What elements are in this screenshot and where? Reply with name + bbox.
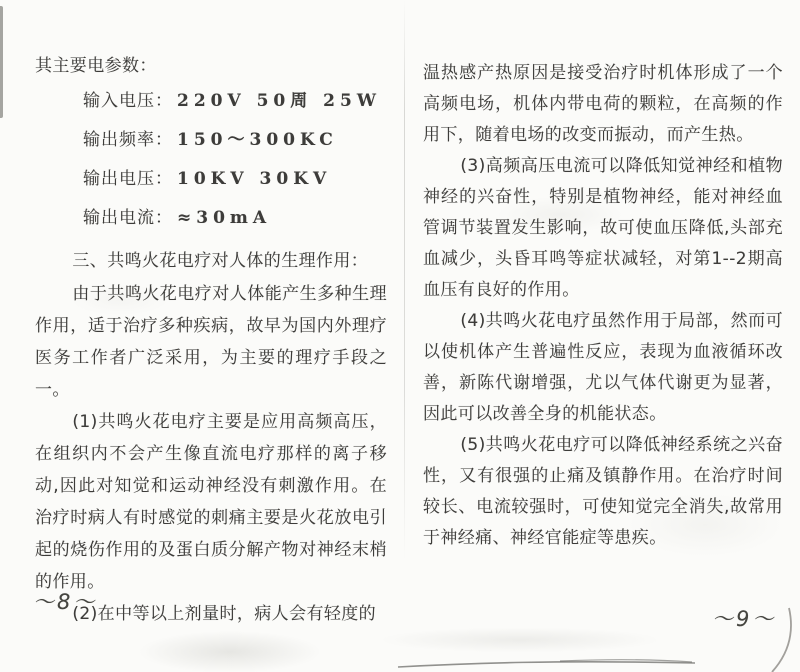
page-number-right: ～9～ xyxy=(712,603,776,633)
param-row-output-frequency: 输出频率：150～300KC xyxy=(83,121,387,160)
left-page: 其主要电参数： 输入电压：220V 50周 25W 输出频率：150～300KC… xyxy=(35,50,387,630)
right-page: 温热感产热原因是接受治疗时机体形成了一个高频电场，机体内带电荷的颗粒，在高频的作… xyxy=(423,58,783,554)
paragraph: (4)共鸣火花电疗虽然作用于局部，然而可以使机体产生普遍性反应，表现为血液循环改… xyxy=(423,306,783,430)
paragraph: 由于共鸣火花电疗对人体能产生多种生理作用，适于治疗多种疾病，故早为国内外理疗医务… xyxy=(35,278,387,406)
page-number-left: ～8～ xyxy=(33,586,97,616)
param-value: 10KV 30KV xyxy=(177,169,331,189)
paragraph: (5)共鸣火花电疗可以降低神经系统之兴奋性，又有很强的止痛及镇静作用。在治疗时间… xyxy=(423,430,783,554)
paragraph: (3)高频高压电流可以降低知觉神经和植物神经的兴奋性，特别是植物神经，能对神经血… xyxy=(423,151,783,306)
params-header: 其主要电参数： xyxy=(35,50,387,82)
param-value: 220V 50周 25W xyxy=(177,91,381,111)
param-row-output-current: 输出电流：≈30mA xyxy=(83,199,387,238)
book-gutter-shadow xyxy=(404,0,405,560)
param-label: 输入电压： xyxy=(83,91,173,111)
scan-edge-artifact xyxy=(0,6,3,118)
page-bottom-edge-line-2 xyxy=(560,660,692,662)
paragraph: (1)共鸣火花电疗主要是应用高频高压，在组织内不会产生像直流电疗那样的离子移动,… xyxy=(35,406,387,598)
section-heading: 三、共鸣火花电疗对人体的生理作用： xyxy=(35,244,387,278)
param-value: 150～300KC xyxy=(177,130,338,150)
electrical-params-block: 其主要电参数： 输入电压：220V 50周 25W 输出频率：150～300KC… xyxy=(35,50,387,238)
param-value: ≈30mA xyxy=(177,208,271,228)
param-label: 输出电流： xyxy=(83,208,173,228)
paragraph: 温热感产热原因是接受治疗时机体形成了一个高频电场，机体内带电荷的颗粒，在高频的作… xyxy=(423,58,783,151)
page-bottom-edge-line xyxy=(398,662,695,667)
param-row-output-voltage: 输出电压：10KV 30KV xyxy=(83,160,387,199)
param-label: 输出频率： xyxy=(83,130,173,150)
param-row-input-voltage: 输入电压：220V 50周 25W xyxy=(83,82,387,121)
param-label: 输出电压： xyxy=(83,169,173,189)
scanned-book-spread: { "document": { "kind": "scanned-book-sp… xyxy=(0,0,800,672)
